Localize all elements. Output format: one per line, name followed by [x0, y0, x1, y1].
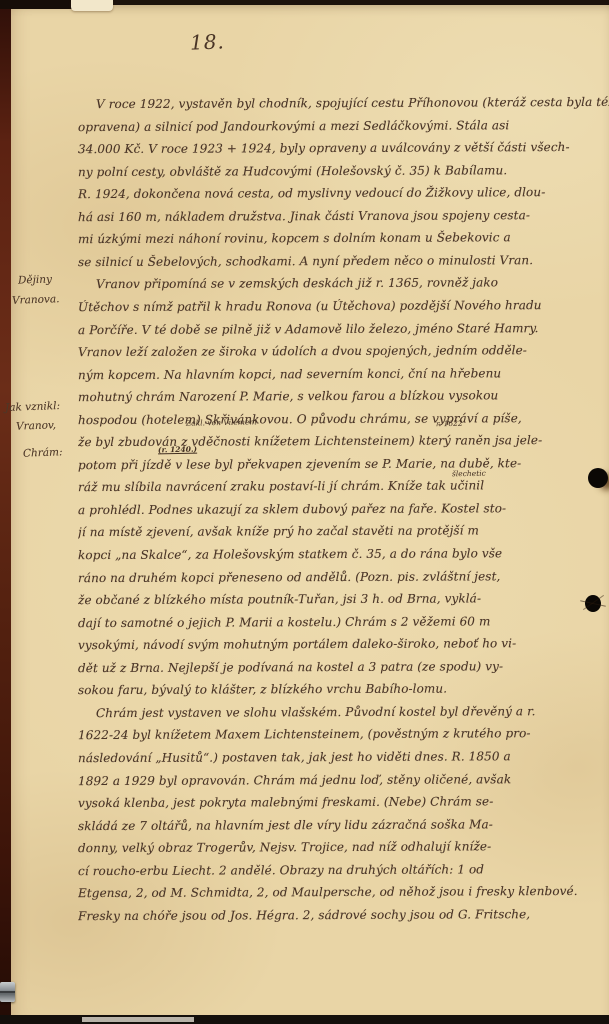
binding-edge-left [0, 0, 11, 1024]
handwritten-line: Útěchov s nímž patřil k hradu Ronova (u … [78, 298, 600, 314]
handwritten-line: skládá ze 7 oltářů, na hlavním jest dle … [78, 816, 600, 832]
handwritten-line: ným kopcem. Na hlavním kopci, nad severn… [78, 365, 600, 381]
handwritten-line: Chrám jest vystaven ve slohu vlašském. P… [96, 704, 609, 720]
handwritten-line: jí na místě zjevení, avšak kníže prý ho … [78, 523, 600, 539]
handwritten-line: se silnicí u Šebelových, schodkami. A ny… [78, 253, 600, 269]
handwritten-line: že občané z blízkého místa poutník-Tuřan… [78, 591, 600, 607]
handwritten-line: vysokými, návodí svým mohutným portálem … [78, 636, 600, 652]
interlinear-note: Zakl. von Vilémem [186, 417, 257, 427]
handwritten-line: potom při jízdě v lese byl překvapen zje… [78, 456, 600, 472]
handwritten-line: opravena) a silnicí pod Jandourkovými a … [78, 117, 600, 133]
handwritten-line: kopci „na Skalce“, za Holešovským statke… [78, 546, 600, 562]
margin-note: Vranov, [16, 419, 56, 432]
margin-note: Dějiny [18, 273, 52, 286]
handwritten-line: cí roucho-erbu Liecht. 2 andělé. Obrazy … [78, 862, 600, 878]
handwritten-line: R. 1924, dokončena nová cesta, od mysliv… [78, 185, 600, 201]
interlinear-note: (r. 1240.) [158, 445, 197, 455]
handwritten-line: mi úzkými mezi náhoní rovinu, kopcem s d… [78, 230, 600, 246]
margin-note: Vranova. [12, 293, 60, 307]
handwritten-line: následování „Husitů“.) postaven tak, jak… [78, 749, 600, 765]
handwritten-line: V roce 1922, vystavěn byl chodník, spoju… [96, 95, 609, 111]
interlinear-note: r. 1622 [436, 419, 463, 428]
handwritten-line: Fresky na chóře jsou od Jos. Hégra. 2, s… [78, 907, 600, 923]
handwritten-line: ráno na druhém kopci přeneseno od andělů… [78, 568, 600, 584]
handwritten-line: sokou faru, bývalý to klášter, z blízkéh… [78, 681, 600, 697]
handwritten-line: ny polní cesty, obvláště za Hudcovými (H… [78, 163, 600, 179]
page-bottom-edge-grey [82, 1017, 194, 1022]
handwritten-line: 1622-24 byl knížetem Maxem Lichtensteine… [78, 726, 600, 742]
handwritten-line: Etgensa, 2, od M. Schmidta, 2, od Maulpe… [78, 884, 600, 900]
margin-note: Chrám: [23, 446, 63, 459]
handwritten-line: dět už z Brna. Nejlepší je podívaná na k… [78, 659, 600, 675]
handwritten-line: 34.000 Kč. V roce 1923 + 1924, byly opra… [78, 140, 600, 156]
punch-hole-bottom [585, 595, 601, 612]
handwritten-line: hospodou (hotelem) Skřivánkovou. O původ… [78, 411, 600, 427]
binding-pin [0, 982, 15, 1002]
punch-hole-top [588, 468, 608, 488]
handwritten-line: há asi 160 m, nákladem družstva. Jinak č… [78, 208, 600, 224]
handwritten-line: vysoká klenba, jest pokryta malebnými fr… [78, 794, 600, 810]
handwritten-line: 1892 a 1929 byl opravován. Chrám má jedn… [78, 771, 600, 787]
handwritten-line: že byl zbudován z vděčnosti knížetem Lic… [78, 433, 600, 449]
interlinear-note: šlechetic [452, 469, 486, 479]
scanned-manuscript-page: 18. DějinyVranova.Jak vznikl:Vranov,Chrá… [0, 0, 609, 1024]
handwritten-line: a Porčíře. V té době se pilně již v Adam… [78, 320, 600, 336]
page-number: 18. [190, 29, 226, 54]
handwritten-line: a prohlédl. Podnes ukazují za sklem dubo… [78, 501, 600, 517]
page-top-corner-shadow [0, 0, 72, 9]
handwritten-line: donny, velký obraz Trogerův, Nejsv. Troj… [78, 839, 600, 855]
paper-tab-behind [71, 0, 113, 11]
handwritten-line: dají to samotné o jejich P. Marii a kost… [78, 614, 600, 630]
margin-note: Jak vznikl: [5, 400, 60, 414]
handwritten-line: Vranov připomíná se v zemských deskách j… [96, 275, 609, 291]
handwritten-line: mohutný chrám Narození P. Marie, s velko… [78, 388, 600, 404]
handwritten-line: ráž mu slíbila navrácení zraku postaví-l… [78, 478, 600, 494]
handwritten-line: Vranov leží založen ze široka v údolích … [78, 343, 600, 359]
